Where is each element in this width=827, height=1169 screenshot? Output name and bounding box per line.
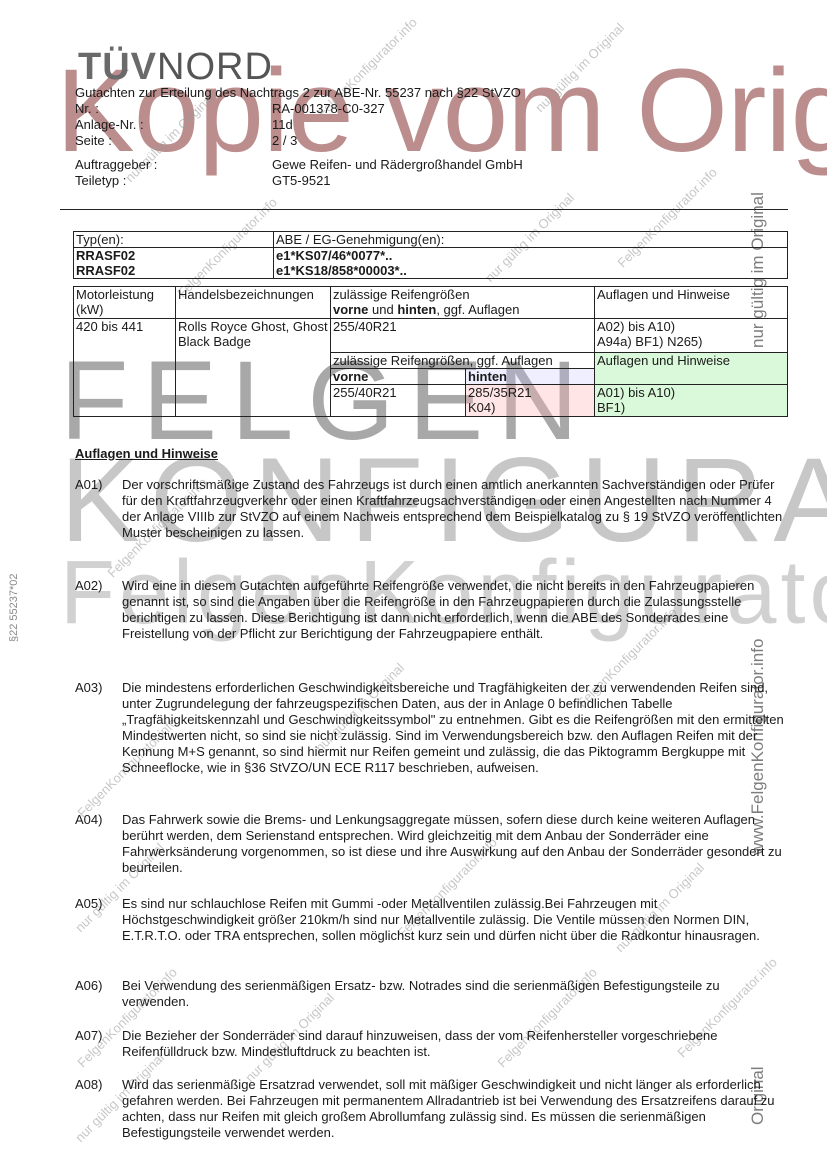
mixed-tires-header: zulässige Reifengrößen, ggf. Auflagen [331, 353, 595, 369]
col-power-header: Motorleistung (kW) [74, 287, 176, 319]
note-item-a08: A08) Wird das serienmäßige Ersatzrad ver… [75, 1077, 790, 1141]
approval-cell: e1*KS18/858*00003*.. [274, 263, 788, 279]
tuv-nord-logo: TÜVNORD [78, 48, 273, 86]
document-title: Gutachten zur Erteilung des Nachtrags 2 … [75, 85, 521, 101]
note-item-a04: A04) Das Fahrwerk sowie die Brems- und L… [75, 812, 790, 876]
tire-size-both: 255/40R21 [331, 319, 595, 353]
type-cell: RRASF02 [74, 248, 274, 264]
note-item-a03: A03) Die mindestens erforderlichen Gesch… [75, 680, 790, 776]
type-header: Typ(en): [74, 232, 274, 248]
type-approval-table: Typ(en): ABE / EG-Genehmigung(en): RRASF… [73, 231, 788, 279]
trade-names: Rolls Royce Ghost, Ghost Black Badge [176, 319, 331, 417]
header-divider [60, 209, 788, 210]
mixed-notes: A01) bis A10) BF1) [595, 385, 788, 417]
note-item-a07: A07) Die Bezieher der Sonderräder sind d… [75, 1028, 790, 1060]
note-item-a01: A01) Der vorschriftsmäßige Zustand des F… [75, 477, 790, 541]
section-title: Auflagen und Hinweise [75, 446, 218, 461]
rear-label: hinten [466, 369, 595, 385]
col-tires-header: zulässige Reifengrößen vorne und hinten,… [331, 287, 595, 319]
note-item-a02: A02) Wird eine in diesem Gutachten aufge… [75, 578, 790, 642]
mixed-notes-header: Auflagen und Hinweise [595, 353, 788, 385]
spec-table: Motorleistung (kW) Handelsbezeichnungen … [73, 286, 788, 417]
notes-both: A02) bis A10) A94a) BF1) N265) [595, 319, 788, 353]
note-item-a06: A06) Bei Verwendung des serienmäßigen Er… [75, 978, 790, 1010]
approval-cell: e1*KS07/46*0077*.. [274, 248, 788, 264]
approval-header: ABE / EG-Genehmigung(en): [274, 232, 788, 248]
front-label: vorne [331, 369, 466, 385]
col-names-header: Handelsbezeichnungen [176, 287, 331, 319]
type-cell: RRASF02 [74, 263, 274, 279]
note-item-a05: A05) Es sind nur schlauchlose Reifen mit… [75, 896, 790, 944]
front-tire: 255/40R21 [331, 385, 466, 417]
document-page: TÜVNORD Gutachten zur Erteilung des Nach… [0, 0, 827, 1169]
col-notes-header: Auflagen und Hinweise [595, 287, 788, 319]
power-value: 420 bis 441 [74, 319, 176, 417]
rear-tire: 285/35R21 K04) [466, 385, 595, 417]
